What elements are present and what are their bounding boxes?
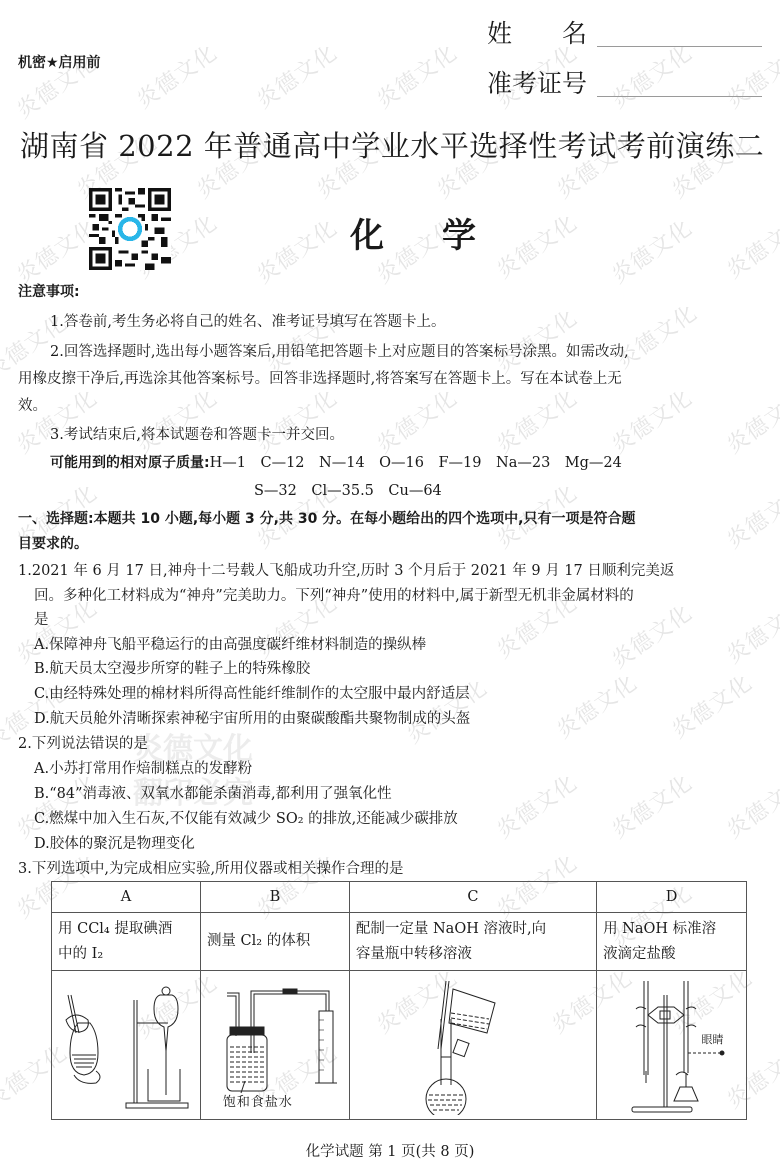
watermark-text: 炎德文化 bbox=[249, 381, 342, 459]
watermark-text: 炎德文化 bbox=[604, 596, 697, 674]
atomic-mass-values-2: S—32 Cl—35.5 Cu—64 bbox=[254, 479, 442, 500]
question-2-stem: 2.下列说法错误的是 bbox=[18, 732, 148, 753]
section-heading: 一、选择题:本题共 10 小题,每小题 3 分,共 30 分。在每小题给出的四个… bbox=[18, 508, 636, 528]
notice-item-cont: 效。 bbox=[18, 394, 47, 415]
question-1-stem: 1.2021 年 6 月 17 日,神舟十二号载人飞船成功升空,历时 3 个月后… bbox=[18, 559, 674, 580]
table-header-cell: B bbox=[200, 882, 349, 913]
stem-line: 2021 年 6 月 17 日,神舟十二号载人飞船成功升空,历时 3 个月后于 … bbox=[32, 563, 675, 579]
cell-line: 用 NaOH 标准溶 bbox=[603, 917, 740, 942]
option-d: D.胶体的聚沉是物理变化 bbox=[34, 832, 195, 853]
notice-item: 2.回答选择题时,选出每小题答案后,用铅笔把答题卡上对应题目的答案标号涂黑。如需… bbox=[50, 340, 629, 361]
watermark-text: 炎德文化 bbox=[604, 36, 697, 114]
watermark-text: 炎德文化 bbox=[664, 666, 757, 744]
notice-heading: 注意事项: bbox=[18, 281, 80, 301]
option-d: D.航天员舱外清晰探索神秘宇宙所用的由聚碳酸酯共聚物制成的头盔 bbox=[34, 707, 470, 728]
watermark-text: 炎德文化 bbox=[719, 591, 780, 669]
cell-line: 液滴定盐酸 bbox=[603, 942, 740, 967]
watermark-text: 炎德文化 bbox=[719, 476, 780, 554]
table-cell bbox=[349, 971, 596, 1120]
stem-line: 是 bbox=[34, 608, 49, 629]
gas-collection-figure: 饱和食盐水 bbox=[205, 975, 345, 1115]
table-cell: 饱和食盐水 bbox=[200, 971, 349, 1120]
experiment-table: A B C D 用 CCl₄ 提取碘酒 中的 I₂ 测量 Cl₂ 的体积 配制一… bbox=[51, 881, 747, 1120]
table-header-cell: C bbox=[349, 882, 596, 913]
atomic-mass-values: H—1 C—12 N—14 O—16 F—19 Na—23 Mg—24 bbox=[210, 455, 622, 471]
watermark-text: 炎德文化 bbox=[719, 766, 780, 844]
watermark-text: 炎德文化 bbox=[604, 381, 697, 459]
name-label: 姓 名 bbox=[487, 14, 587, 50]
cell-line: 中的 I₂ bbox=[58, 942, 194, 967]
confidential-label: 机密★启用前 bbox=[18, 52, 101, 72]
table-header-cell: D bbox=[597, 882, 747, 913]
table-description-row: 用 CCl₄ 提取碘酒 中的 I₂ 测量 Cl₂ 的体积 配制一定量 NaOH … bbox=[52, 913, 747, 971]
cell-line: 容量瓶中转移溶液 bbox=[356, 942, 590, 967]
separatory-funnel-extraction-icon bbox=[56, 975, 196, 1115]
subject-char: 化 bbox=[350, 216, 442, 256]
table-cell: 测量 Cl₂ 的体积 bbox=[200, 913, 349, 971]
table-image-row: 饱和食盐水 bbox=[52, 971, 747, 1120]
exam-id-input-line[interactable] bbox=[597, 96, 762, 97]
question-3-stem: 3.下列选项中,为完成相应实验,所用仪器或相关操作合理的是 bbox=[18, 857, 404, 878]
table-cell: 用 CCl₄ 提取碘酒 中的 I₂ bbox=[52, 913, 201, 971]
watermark-text: 炎德文化 bbox=[719, 381, 780, 459]
table-cell: 配制一定量 NaOH 溶液时,向 容量瓶中转移溶液 bbox=[349, 913, 596, 971]
option-c: C.燃煤中加入生石灰,不仅能有效减少 SO₂ 的排放,还能减少碳排放 bbox=[34, 807, 458, 828]
stem-line: 下列说法错误的是 bbox=[32, 736, 148, 752]
subject-char: 学 bbox=[442, 216, 534, 256]
question-number: 2. bbox=[18, 736, 32, 752]
qr-code-icon bbox=[89, 188, 171, 270]
atomic-mass-row: 可能用到的相对原子质量:H—1 C—12 N—14 O—16 F—19 Na—2… bbox=[50, 451, 622, 472]
table-cell bbox=[52, 971, 201, 1120]
watermark-text: 炎德文化 bbox=[719, 206, 780, 284]
table-header-cell: A bbox=[52, 882, 201, 913]
watermark-text: 炎德文化 bbox=[249, 211, 342, 289]
notice-item-cont: 用橡皮擦干净后,再选涂其他答案标号。回答非选择题时,将答案写在答题卡上。写在本试… bbox=[18, 367, 622, 388]
cell-line: 测量 Cl₂ 的体积 bbox=[207, 929, 343, 954]
watermark-text: 炎德文化 bbox=[604, 766, 697, 844]
watermark-text: 炎德文化 bbox=[609, 296, 702, 374]
table-cell: 眼睛 bbox=[597, 971, 747, 1120]
watermark-text: 炎德文化 bbox=[604, 211, 697, 289]
volumetric-flask-transfer-icon bbox=[403, 975, 543, 1115]
table-cell: 用 NaOH 标准溶 液滴定盐酸 bbox=[597, 913, 747, 971]
watermark-text: 炎德文化 bbox=[369, 381, 462, 459]
option-b: B.航天员太空漫步所穿的鞋子上的特殊橡胶 bbox=[34, 657, 310, 678]
exam-id-label: 准考证号 bbox=[487, 64, 587, 100]
cell-line: 用 CCl₄ 提取碘酒 bbox=[58, 917, 194, 942]
watermark-text: 炎德文化 bbox=[489, 381, 582, 459]
name-input-line[interactable] bbox=[597, 46, 762, 47]
watermark-text: 炎德文化 bbox=[369, 36, 462, 114]
exam-title: 湖南省 2022 年普通高中学业水平选择性考试考前演练二 bbox=[20, 124, 764, 165]
atomic-mass-label: 可能用到的相对原子质量: bbox=[50, 455, 210, 471]
section-heading-cont: 目要求的。 bbox=[18, 533, 88, 553]
watermark-text: 炎德文化 bbox=[249, 36, 342, 114]
eye-label: 眼睛 bbox=[702, 1031, 724, 1047]
notice-item: 3.考试结束后,将本试题卷和答题卡一并交回。 bbox=[50, 423, 344, 444]
notice-item: 1.答卷前,考生务必将自己的姓名、准考证号填写在答题卡上。 bbox=[50, 310, 445, 331]
option-c: C.由经特殊处理的棉材料所得高性能纤维制作的太空服中最内舒适层 bbox=[34, 682, 470, 703]
question-number: 1. bbox=[18, 563, 32, 579]
subject-title: 化学 bbox=[350, 208, 534, 257]
watermark-text: 炎德文化 bbox=[719, 36, 780, 114]
option-a: A.小苏打常用作焙制糕点的发酵粉 bbox=[34, 757, 252, 778]
cell-line: 配制一定量 NaOH 溶液时,向 bbox=[356, 917, 590, 942]
titration-figure: 眼睛 bbox=[602, 975, 742, 1115]
page-footer: 化学试题 第 1 页(共 8 页) bbox=[0, 1140, 780, 1161]
option-b: B.“84”消毒液、双氧水都能杀菌消毒,都利用了强氧化性 bbox=[34, 782, 392, 803]
stem-line: 回。多种化工材料成为“神舟”完美助力。下列“神舟”使用的材料中,属于新型无机非金… bbox=[34, 584, 634, 605]
table-header-row: A B C D bbox=[52, 882, 747, 913]
watermark-text: 炎德文化 bbox=[489, 766, 582, 844]
figure-label: 饱和食盐水 bbox=[223, 1091, 293, 1110]
stem-line: 下列选项中,为完成相应实验,所用仪器或相关操作合理的是 bbox=[32, 861, 404, 877]
watermark-text: 炎德文化 bbox=[129, 36, 222, 114]
watermark-text: 炎德文化 bbox=[129, 381, 222, 459]
question-number: 3. bbox=[18, 861, 32, 877]
option-a: A.保障神舟飞船平稳运行的由高强度碳纤维材料制造的操纵棒 bbox=[34, 633, 426, 654]
watermark-text: 炎德文化 bbox=[549, 666, 642, 744]
